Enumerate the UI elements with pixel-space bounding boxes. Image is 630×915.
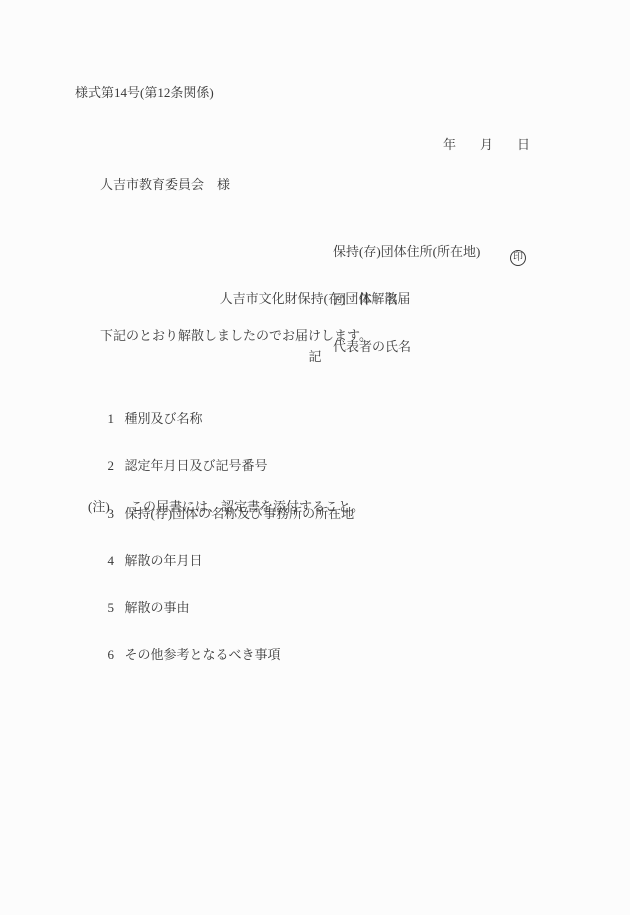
page-title: 人吉市文化財保持(存)団体解散届 (0, 292, 630, 306)
sender-address-label: 保持(存)団体住所(所在地) (333, 245, 480, 265)
item-number: 4 (108, 554, 125, 568)
date-day-label: 日 (517, 138, 530, 152)
item-number: 1 (108, 412, 125, 426)
note-line: (注)この届書には、認定書を添付すること。 (75, 486, 364, 528)
item-number: 5 (108, 601, 125, 615)
note-marker: (注) (88, 500, 130, 514)
form-number: 様式第14号(第12条関係) (75, 86, 214, 100)
note-text: この届書には、認定書を添付すること。 (130, 499, 364, 514)
list-item: 4解散の年月日 (88, 540, 354, 559)
body-text: 下記のとおり解散しましたのでお届けします。 (100, 329, 372, 343)
item-label: 認定年月日及び記号番号 (125, 458, 268, 473)
addressee: 人吉市教育委員会 様 (100, 178, 230, 192)
item-label: その他参考となるべき事項 (125, 647, 281, 662)
date-line: 年 月 日 (443, 138, 530, 152)
list-item: 6その他参考となるべき事項 (88, 634, 354, 653)
list-item: 1種別及び名称 (88, 398, 354, 417)
list-item: 2認定年月日及び記号番号 (88, 445, 354, 464)
item-number: 6 (108, 648, 125, 662)
seal-label: 印 (513, 253, 523, 263)
list-item: 5解散の事由 (88, 587, 354, 606)
date-year-label: 年 (443, 138, 456, 152)
seal-icon: 印 (510, 250, 526, 266)
record-heading: 記 (0, 350, 630, 364)
item-label: 種別及び名称 (125, 411, 203, 426)
item-label: 解散の年月日 (125, 553, 203, 568)
item-label: 解散の事由 (125, 600, 190, 615)
document-page: 様式第14号(第12条関係) 年 月 日 人吉市教育委員会 様 保持(存)団体住… (0, 0, 630, 915)
item-number: 2 (108, 459, 125, 473)
date-month-label: 月 (480, 138, 493, 152)
